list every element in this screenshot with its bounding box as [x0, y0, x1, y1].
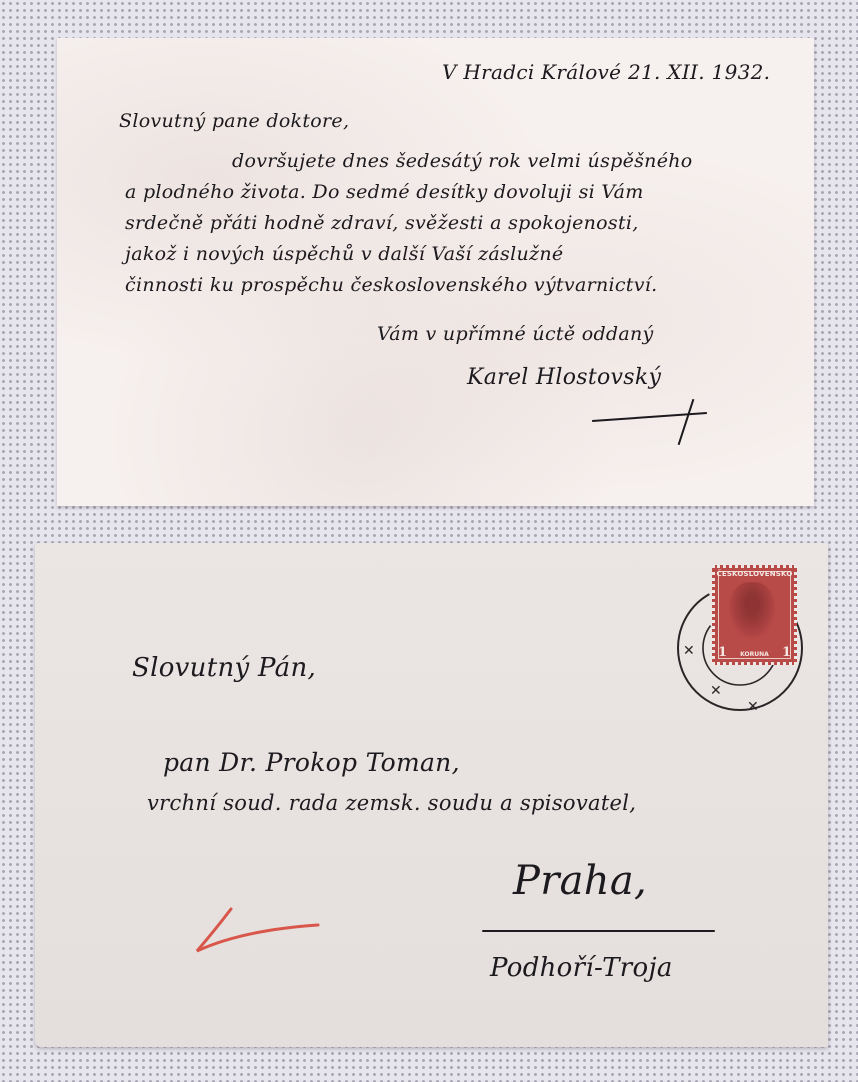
stamp-country: ČESKOSLOVENSKO — [715, 570, 794, 578]
body-line-3: srdečně přáti hodně zdraví, svěžesti a s… — [125, 212, 639, 234]
body-line-2: a plodného života. Do sedmé desítky dovo… — [125, 181, 644, 203]
recipient-city: Praha, — [513, 858, 647, 904]
recipient-name: pan Dr. Prokop Toman, — [163, 748, 460, 777]
signature-flourish — [678, 399, 695, 445]
signature: Karel Hlostovský — [467, 365, 661, 390]
recipient-title: vrchní soud. rada zemsk. soudu a spisova… — [147, 791, 636, 815]
body-line-1: dovršujete dnes šedesátý rok velmi úspěš… — [232, 150, 693, 172]
svg-text:✕: ✕ — [683, 643, 695, 659]
postage-stamp: ČESKOSLOVENSKO 1 KORUNA 1 — [712, 565, 797, 665]
envelope: Slovutný Pán, pan Dr. Prokop Toman, vrch… — [35, 543, 828, 1047]
stamp-value-right: 1 — [782, 645, 791, 660]
card-salutation: Slovutný pane doktore, — [119, 110, 349, 132]
svg-text:✕: ✕ — [747, 699, 759, 715]
date-line: V Hradci Králové 21. XII. 1932. — [442, 60, 770, 84]
envelope-salutation: Slovutný Pán, — [132, 653, 316, 683]
svg-text:✕: ✕ — [710, 683, 722, 699]
red-check-mark-icon — [193, 905, 323, 955]
body-line-5: činnosti ku prospěchu československého v… — [125, 274, 658, 296]
city-underline — [482, 930, 715, 932]
card-closing: Vám v upřímné úctě oddaný — [377, 323, 654, 345]
portrait-icon — [729, 582, 775, 638]
body-line-4: jakož i nových úspěchů v další Vaší zásl… — [125, 243, 563, 265]
greeting-card: V Hradci Králové 21. XII. 1932. Slovutný… — [57, 38, 814, 506]
recipient-district: Podhoří-Troja — [490, 953, 673, 983]
